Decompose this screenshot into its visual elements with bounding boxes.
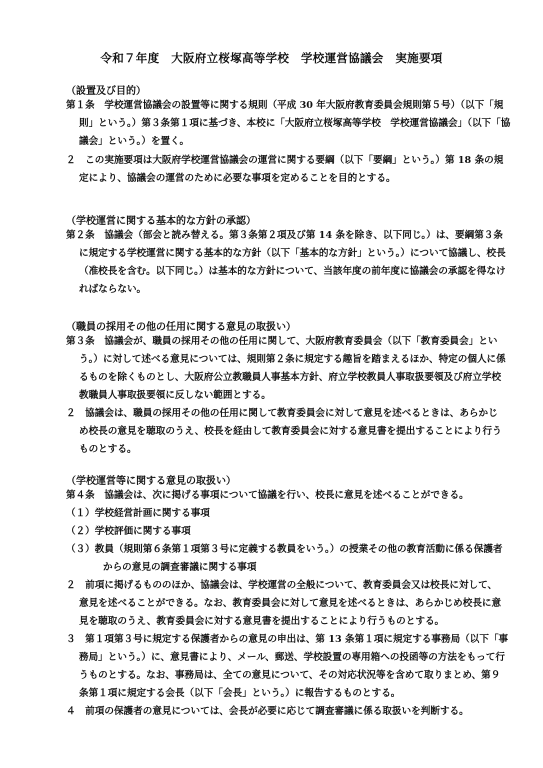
- article-3-para-2-line: ものとする。: [79, 444, 137, 456]
- article-4-para-3-line: 条第１項に規定する会長（以下「会長」という。）に報告するものとする。: [79, 688, 400, 700]
- article-1-line: 則」という。）第３条第１項に基づき、本校に「大阪府立桜塚高等学校 学校運営協議会…: [79, 118, 510, 130]
- article-3-line: るものを除くものとし、大阪府公立教職員人事基本方針、府立学校教員人事取扱要領及び…: [79, 372, 501, 384]
- article-1-line: 第１条 学校運営協議会の設置等に関する規則（平成 30 年大阪府教育委員会規則第…: [66, 100, 503, 112]
- article-4-item-2: （２）学校評価に関する事項: [66, 526, 191, 538]
- article-4-para-4-line: ４ 前項の保護者の意見については、会長が必要に応じて調査審議に係る取扱いを判断す…: [66, 706, 469, 718]
- article-4-item-1: （１）学校経営計画に関する事項: [66, 508, 210, 520]
- document-title: 令和７年度 大阪府立桜塚高等学校 学校運営協議会 実施要項: [0, 50, 543, 66]
- article-4-para-2-line: 意見を述べることができる。なお、教育委員会に対して意見を述べるときは、あらかじめ…: [79, 598, 501, 610]
- article-2-line: に規定する学校運営に関する基本的な方針（以下「基本的な方針」という。）について協…: [79, 248, 506, 260]
- article-2-line: 第２条 協議会（部会と読み替える。第３条第２項及び第 14 条を除き、以下同じ。…: [66, 230, 503, 242]
- article-4-item-3: （３）教員（規則第６条第１項第３号に定義する教員をいう。）の授業その他の教育活動…: [66, 544, 503, 556]
- article-4-para-3-line: うものとする。なお、事務局は、全ての意見について、その対応状況等を含めて取りまと…: [79, 670, 500, 682]
- article-3-para-2-line: め校長の意見を聴取のうえ、校長を経由して教育委員会に対する意見書を提出することに…: [79, 426, 502, 438]
- article-1-para-2-line: ２ この実施要項は大阪府学校運営協議会の運営に関する要綱（以下「要綱」という。）…: [66, 155, 503, 167]
- article-3-line: う。）に対して述べる意見については、規則第２条に規定する趣旨を踏まえるほか、特定…: [79, 354, 506, 366]
- article-3-line: 第３条 協議会が、職員の採用その他の任用に関して、大阪府教育委員会（以下「教育委…: [66, 336, 498, 348]
- article-4-para-2-line: 見を聴取のうえ、教育委員会に対する意見書を提出することにより行うものとする。: [79, 616, 444, 628]
- article-4-para-2-line: ２ 前項に掲げるもののほか、協議会は、学校運営の全般について、教育委員会又は校長…: [66, 580, 497, 592]
- article-4-para-3-line: 務局」という。）に、意見書により、メール、郵送、学校設置の専用箱への投函等の方法…: [79, 652, 505, 664]
- section-heading-staff-appointment: （職員の採用その他の任用に関する意見の取扱い）: [66, 318, 296, 333]
- article-4-para-3-line: ３ 第１項第３号に規定する保護者からの意見の申出は、第 13 条第１項に規定する…: [66, 634, 508, 646]
- article-3-line: 教職員人事取扱要領に反しない範囲とする。: [79, 390, 271, 402]
- article-1-para-2-line: 定により、協議会の運営のために必要な事項を定めることを目的とする。: [79, 173, 396, 185]
- section-heading-basic-policy: （学校運営に関する基本的な方針の承認）: [66, 212, 256, 227]
- article-4-item-3-cont: からの意見の調査審議に関する事項: [103, 562, 257, 574]
- section-heading-establishment: （設置及び目的）: [66, 82, 146, 97]
- article-2-line: ればならない。: [79, 284, 146, 296]
- article-4-line: 第４条 協議会は、次に掲げる事項について協議を行い、校長に意見を述べることができ…: [66, 490, 469, 502]
- section-heading-school-operation-opinions: （学校運営等に関する意見の取扱い）: [66, 472, 236, 487]
- article-1-line: 議会」という。）を置く。: [79, 136, 189, 148]
- article-3-para-2-line: ２ 協議会は、職員の採用その他の任用に関して教育委員会に対して意見を述べるときは…: [66, 408, 498, 420]
- document-page: 令和７年度 大阪府立桜塚高等学校 学校運営協議会 実施要項 （設置及び目的） 第…: [0, 0, 543, 768]
- article-2-line: （准校長を含む。以下同じ。）は基本的な方針について、当該年度の前年度に協議会の承…: [79, 266, 506, 278]
